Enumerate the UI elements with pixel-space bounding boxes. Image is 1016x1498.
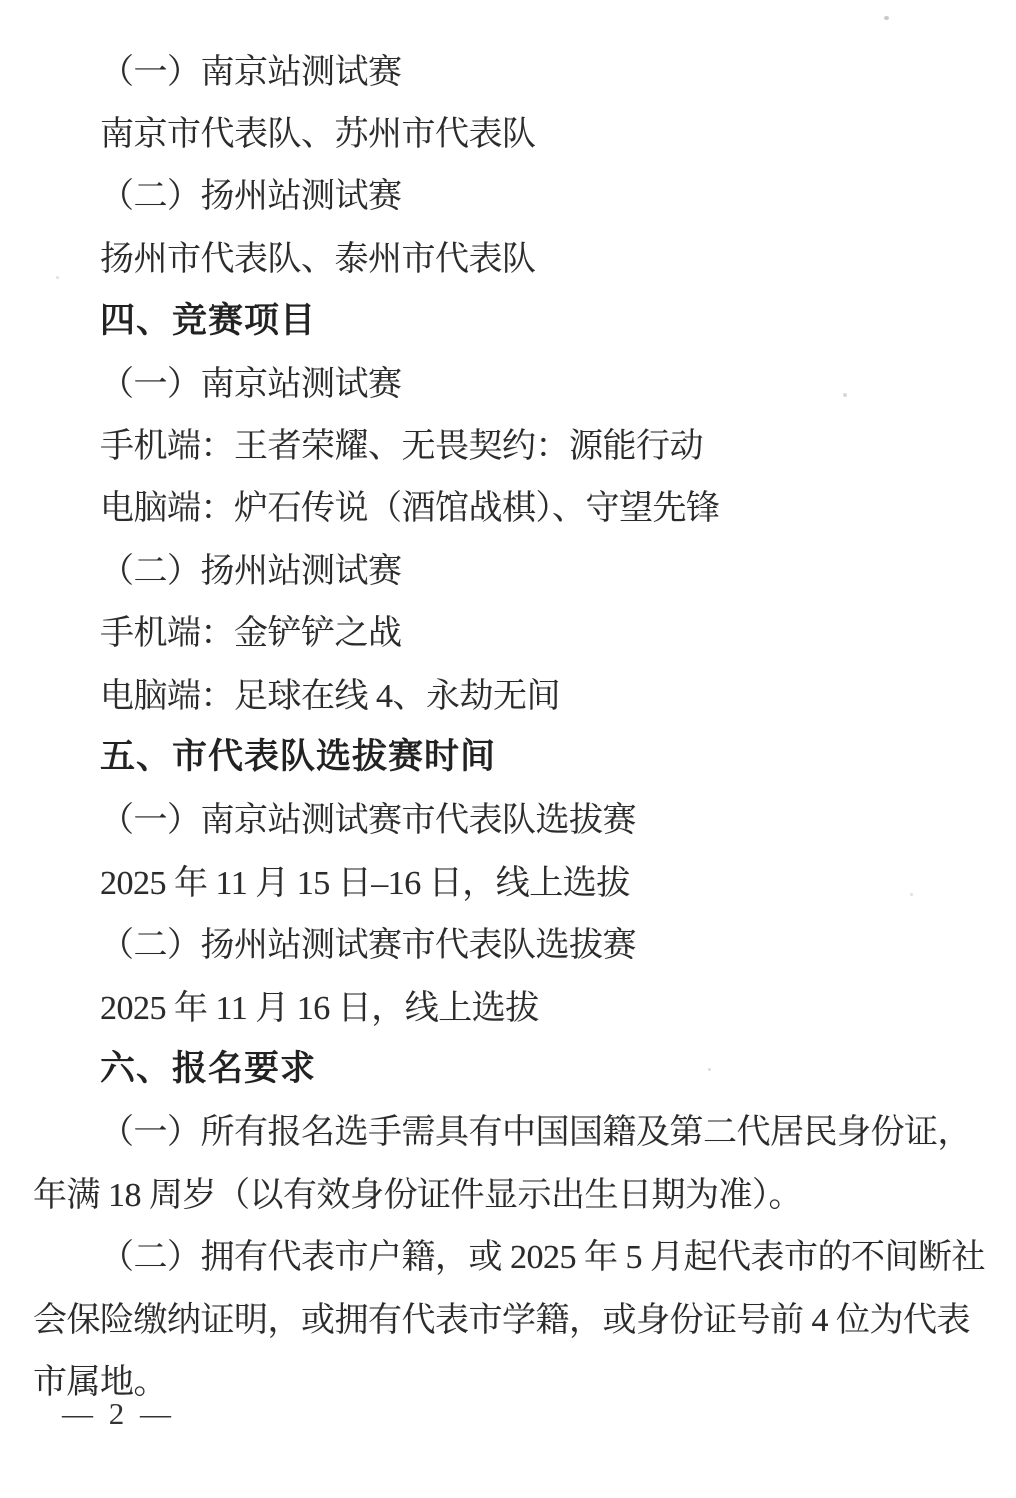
scan-noise-speck [56, 276, 59, 279]
text-line: 市属地。 [33, 1347, 1000, 1409]
text-line: 手机端：金铲铲之战 [33, 599, 1000, 661]
scan-noise-speck [910, 893, 913, 896]
document-page: （一）南京站测试赛南京市代表队、苏州市代表队（二）扬州站测试赛扬州市代表队、泰州… [0, 0, 1016, 1498]
section-heading: 四、竞赛项目 [33, 287, 1000, 349]
text-line: 会保险缴纳证明，或拥有代表市学籍，或身份证号前 4 位为代表 [33, 1285, 1000, 1347]
text-line: （二）扬州站测试赛市代表队选拔赛 [33, 910, 1000, 972]
text-line: 年满 18 周岁（以有效身份证件显示出生日期为准）。 [33, 1160, 1000, 1222]
text-line: （一）南京站测试赛 [33, 37, 1000, 99]
text-line: 手机端：王者荣耀、无畏契约：源能行动 [33, 411, 1000, 473]
text-line: （二）拥有代表市户籍，或 2025 年 5 月起代表市的不间断社 [33, 1222, 1000, 1284]
document-body: （一）南京站测试赛南京市代表队、苏州市代表队（二）扬州站测试赛扬州市代表队、泰州… [33, 37, 1000, 1410]
scan-noise-speck [884, 16, 889, 20]
text-line: （二）扬州站测试赛 [33, 162, 1000, 224]
section-heading: 五、市代表队选拔赛时间 [33, 723, 1000, 785]
text-line: （一）所有报名选手需具有中国国籍及第二代居民身份证， [33, 1098, 1000, 1160]
page-number: — 2 — [62, 1396, 175, 1432]
text-line: （二）扬州站测试赛 [33, 536, 1000, 598]
scan-noise-speck [708, 1068, 711, 1071]
section-heading: 六、报名要求 [33, 1035, 1000, 1097]
text-line: 电脑端：炉石传说（酒馆战棋）、守望先锋 [33, 474, 1000, 536]
text-line: 2025 年 11 月 15 日–16 日，线上选拔 [33, 848, 1000, 910]
text-line: 扬州市代表队、泰州市代表队 [33, 224, 1000, 286]
text-line: 2025 年 11 月 16 日，线上选拔 [33, 973, 1000, 1035]
text-line: （一）南京站测试赛 [33, 349, 1000, 411]
scan-noise-speck [843, 393, 847, 397]
text-line: （一）南京站测试赛市代表队选拔赛 [33, 786, 1000, 848]
text-line: 电脑端：足球在线 4、永劫无间 [33, 661, 1000, 723]
text-line: 南京市代表队、苏州市代表队 [33, 99, 1000, 161]
